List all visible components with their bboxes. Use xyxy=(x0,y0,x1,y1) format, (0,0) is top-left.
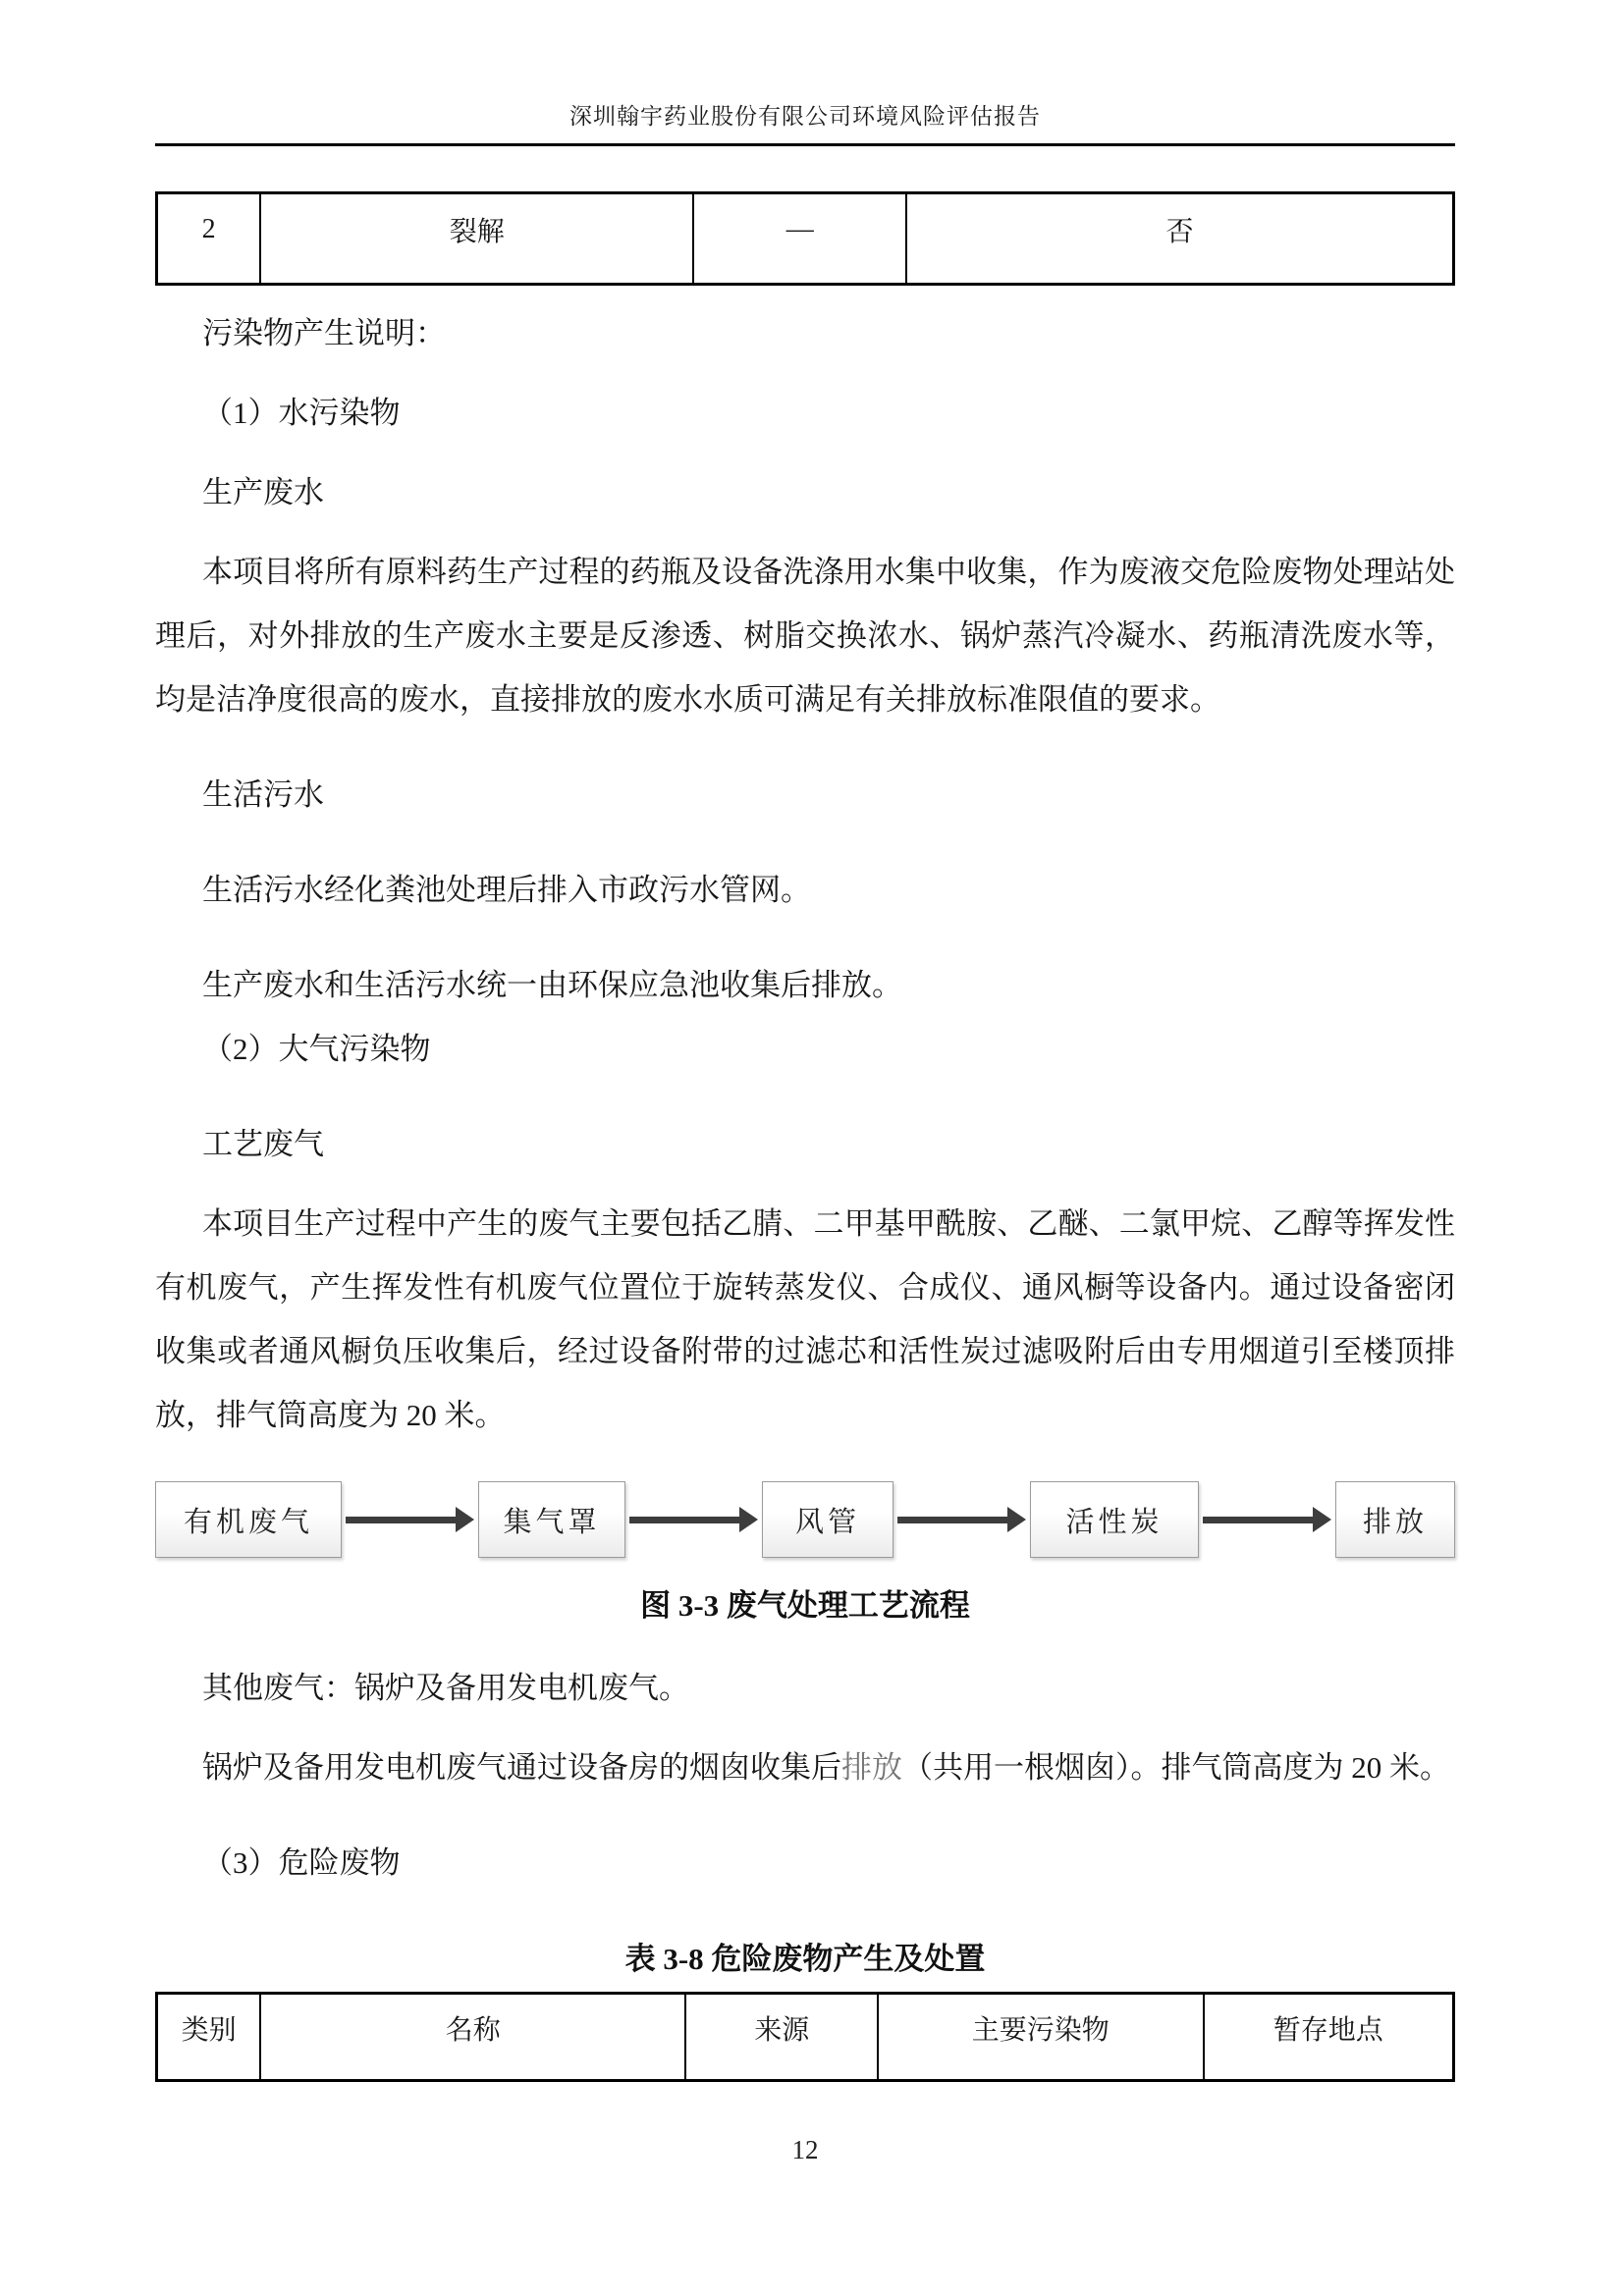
paragraph-process-gas: 本项目生产过程中产生的废气主要包括乙腈、二甲基甲酰胺、乙醚、二氯甲烷、乙醇等挥发… xyxy=(155,1192,1455,1447)
column-header-storage-location: 暂存地点 xyxy=(1204,1994,1454,2081)
boiler-text-highlight: 排放 xyxy=(841,1750,902,1785)
flow-step-duct: 风管 xyxy=(762,1481,893,1558)
flow-arrow-icon xyxy=(625,1507,762,1532)
flow-arrow-icon xyxy=(342,1507,478,1532)
flow-arrow-icon xyxy=(893,1507,1030,1532)
header-divider xyxy=(155,143,1455,146)
column-header-main-pollutants: 主要污染物 xyxy=(878,1994,1204,2081)
figure-caption: 图 3-3 废气处理工艺流程 xyxy=(155,1580,1455,1625)
heading-hazardous-waste: （3）危险废物 xyxy=(155,1831,1455,1895)
column-header-category: 类别 xyxy=(157,1994,261,2081)
heading-domestic-sewage: 生活污水 xyxy=(155,763,1455,827)
heading-air-pollutants: （2）大气污染物 xyxy=(155,1017,1455,1081)
cell-row-number: 2 xyxy=(157,193,261,285)
cell-dash: — xyxy=(693,193,906,285)
cell-flag: 否 xyxy=(906,193,1453,285)
flow-step-organic-waste-gas: 有机废气 xyxy=(155,1481,342,1558)
flow-arrow-icon xyxy=(1199,1507,1335,1532)
table-row: 2 裂解 — 否 xyxy=(157,193,1454,285)
flow-step-discharge: 排放 xyxy=(1335,1481,1455,1558)
paragraph-combined-discharge: 生产废水和生活污水统一由环保应急池收集后排放。 xyxy=(155,953,1455,1017)
flow-step-activated-carbon: 活性炭 xyxy=(1030,1481,1199,1558)
boiler-text-before: 锅炉及备用发电机废气通过设备房的烟囱收集后 xyxy=(202,1750,841,1785)
hazardous-waste-table: 类别 名称 来源 主要污染物 暂存地点 xyxy=(155,1992,1455,2082)
document-page: 深圳翰宇药业股份有限公司环境风险评估报告 2 裂解 — 否 污染物产生说明： （… xyxy=(0,0,1624,2296)
column-header-source: 来源 xyxy=(685,1994,878,2081)
heading-process-gas: 工艺废气 xyxy=(155,1112,1455,1176)
paragraph-other-gas: 其他废气：锅炉及备用发电机废气。 xyxy=(155,1656,1455,1720)
cell-process-name: 裂解 xyxy=(260,193,693,285)
table-header-row: 类别 名称 来源 主要污染物 暂存地点 xyxy=(157,1994,1454,2081)
flow-step-gas-hood: 集气罩 xyxy=(478,1481,625,1558)
column-header-name: 名称 xyxy=(260,1994,685,2081)
heading-water-pollutants: （1）水污染物 xyxy=(155,381,1455,445)
paragraph-domestic-sewage: 生活污水经化粪池处理后排入市政污水管网。 xyxy=(155,858,1455,922)
paragraph-boiler-gas: 锅炉及备用发电机废气通过设备房的烟囱收集后排放（共用一根烟囱）。排气筒高度为 2… xyxy=(155,1735,1455,1799)
paragraph-production-wastewater: 本项目将所有原料药生产过程的药瓶及设备洗涤用水集中收集，作为废液交危险废物处理站… xyxy=(155,540,1455,731)
gas-treatment-flowchart: 有机废气 集气罩 风管 活性炭 排放 xyxy=(155,1480,1455,1559)
page-number: 12 xyxy=(155,2135,1455,2165)
hazard-table-title: 表 3-8 危险废物产生及处置 xyxy=(155,1934,1455,1978)
paragraph-pollutant-intro: 污染物产生说明： xyxy=(155,301,1455,365)
report-header-title: 深圳翰宇药业股份有限公司环境风险评估报告 xyxy=(155,0,1455,131)
continued-process-table: 2 裂解 — 否 xyxy=(155,191,1455,286)
boiler-text-after: （共用一根烟囱）。排气筒高度为 20 米。 xyxy=(902,1750,1450,1785)
heading-production-wastewater: 生产废水 xyxy=(155,460,1455,524)
